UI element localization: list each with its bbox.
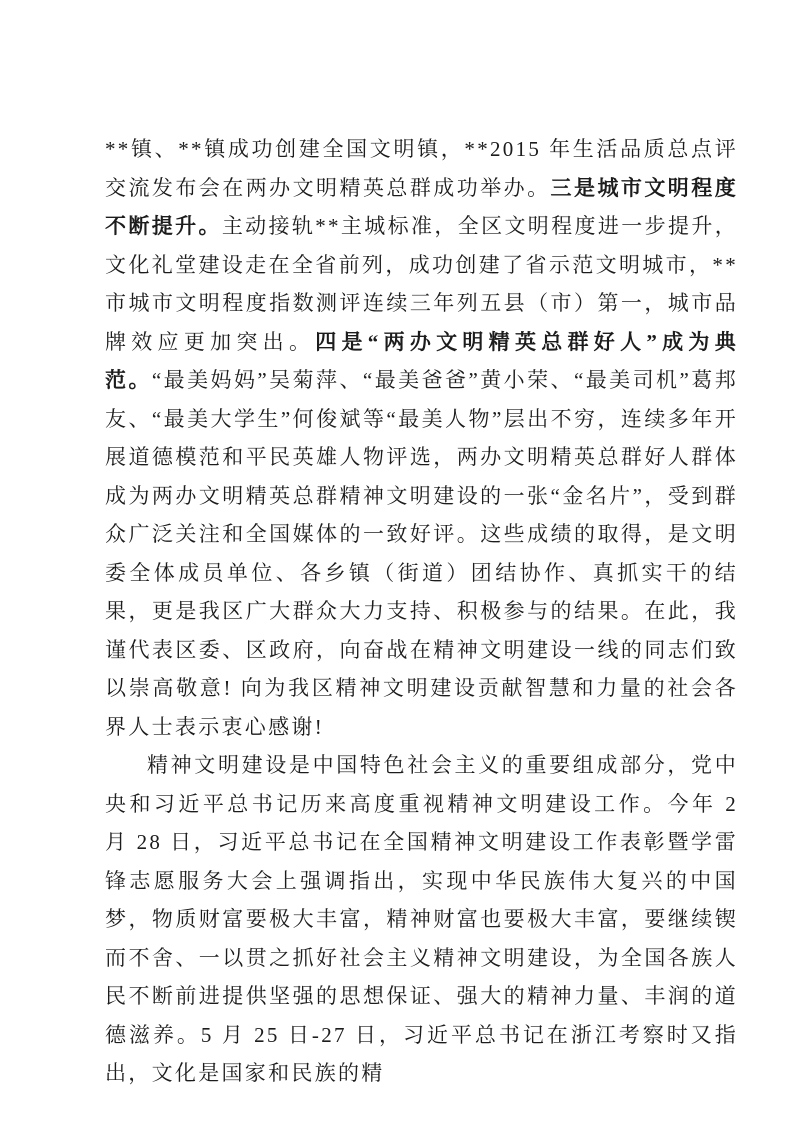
text-run: “最美妈妈”吴菊萍、“最美爸爸”黄小荣、“最美司机”葛邦友、“最美大学生”何俊斌… <box>105 368 738 739</box>
text-run: 精神文明建设是中国特色社会主义的重要组成部分，党中央和习近平总书记历来高度重视精… <box>105 753 738 1085</box>
paragraph-2: 精神文明建设是中国特色社会主义的重要组成部分，党中央和习近平总书记历来高度重视精… <box>105 746 738 1093</box>
document-text-block: **镇、**镇成功创建全国文明镇，**2015 年生活品质总点评交流发布会在两办… <box>105 130 738 1093</box>
document-page: **镇、**镇成功创建全国文明镇，**2015 年生活品质总点评交流发布会在两办… <box>0 0 793 1122</box>
paragraph-1: **镇、**镇成功创建全国文明镇，**2015 年生活品质总点评交流发布会在两办… <box>105 130 738 746</box>
